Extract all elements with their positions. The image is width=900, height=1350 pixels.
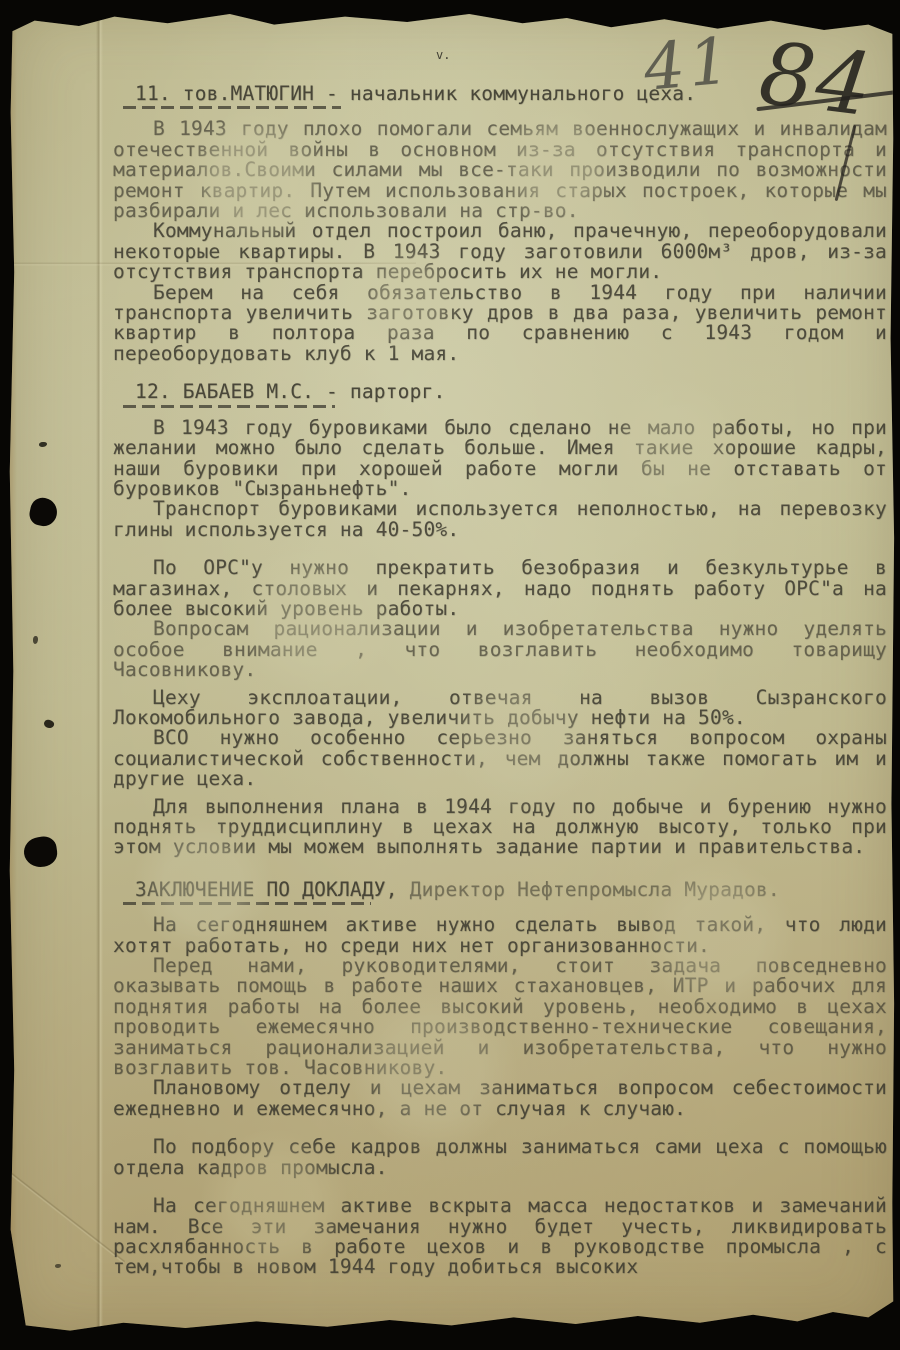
paragraph: Цеху эксплоатации, отвечая на вызов Сызр… xyxy=(113,688,887,729)
paragraph: В 1943 году плохо помогали семьям военно… xyxy=(113,119,887,221)
ink-speck xyxy=(55,1264,61,1268)
ink-speck xyxy=(33,636,38,644)
paragraph: Транспорт буровиками используется неполн… xyxy=(113,499,887,540)
section-heading: ЗАКЛЮЧЕНИЕ ПО ДОКЛАДУ, Директор Нефтепро… xyxy=(135,880,887,900)
corner-fold-crease xyxy=(5,1168,126,1264)
vertical-fold-crease xyxy=(96,6,103,1336)
paragraph: По подбору себе кадров должны заниматься… xyxy=(113,1137,887,1178)
paragraph: Плановому отделу и цехам заниматься вопр… xyxy=(113,1078,887,1119)
paragraph: Вопросам рационализации и изобретательст… xyxy=(113,619,887,680)
heading-underline xyxy=(123,902,371,905)
paragraph: ВСО нужно особенно серьезно заняться воп… xyxy=(113,728,887,789)
heading-underline xyxy=(123,405,335,408)
punch-hole xyxy=(27,495,59,528)
paragraph: Перед нами, руководителями, стоит задача… xyxy=(113,956,887,1078)
paragraph: По ОРС"у нужно прекратить безобразия и б… xyxy=(113,558,887,619)
scan-background: v. 11. тов.МАТЮГИН - начальник коммуналь… xyxy=(0,0,900,1350)
handwritten-page-number-ink: 84 xyxy=(754,23,879,136)
paper-left-edge-tint xyxy=(8,6,17,1336)
heading-underline xyxy=(123,106,341,109)
ink-speck xyxy=(39,442,47,447)
handwritten-page-number-pencil: 41 xyxy=(641,24,737,106)
paragraph: На сегодняшнем активе нужно сделать выво… xyxy=(113,915,887,956)
paragraph: Для выполнения плана в 1944 году по добы… xyxy=(113,797,887,858)
document-page: v. 11. тов.МАТЮГИН - начальник коммуналь… xyxy=(8,6,895,1336)
typewritten-text-block: 11. тов.МАТЮГИН - начальник коммунальног… xyxy=(113,84,887,1278)
punch-hole xyxy=(22,835,59,869)
paragraph: Берем на себя обязательство в 1944 году … xyxy=(113,283,887,365)
heading-secondary: Директор Нефтепромысла Мурадов. xyxy=(398,878,780,901)
ink-speck xyxy=(43,718,55,729)
paragraph: На сегодняшнем активе вскрыта масса недо… xyxy=(113,1196,887,1278)
heading-main: ЗАКЛЮЧЕНИЕ ПО ДОКЛАДУ, xyxy=(135,878,398,901)
paper-tear-spot xyxy=(250,7,288,17)
section-heading: 12. БАБАЕВ М.С. - парторг. xyxy=(135,382,887,402)
top-center-mark: v. xyxy=(436,48,450,62)
paragraph: Коммунальный отдел построил баню, прачеч… xyxy=(113,221,887,282)
paragraph: В 1943 году буровиками было сделано не м… xyxy=(113,418,887,500)
paper-top-edge-tint xyxy=(8,6,895,16)
